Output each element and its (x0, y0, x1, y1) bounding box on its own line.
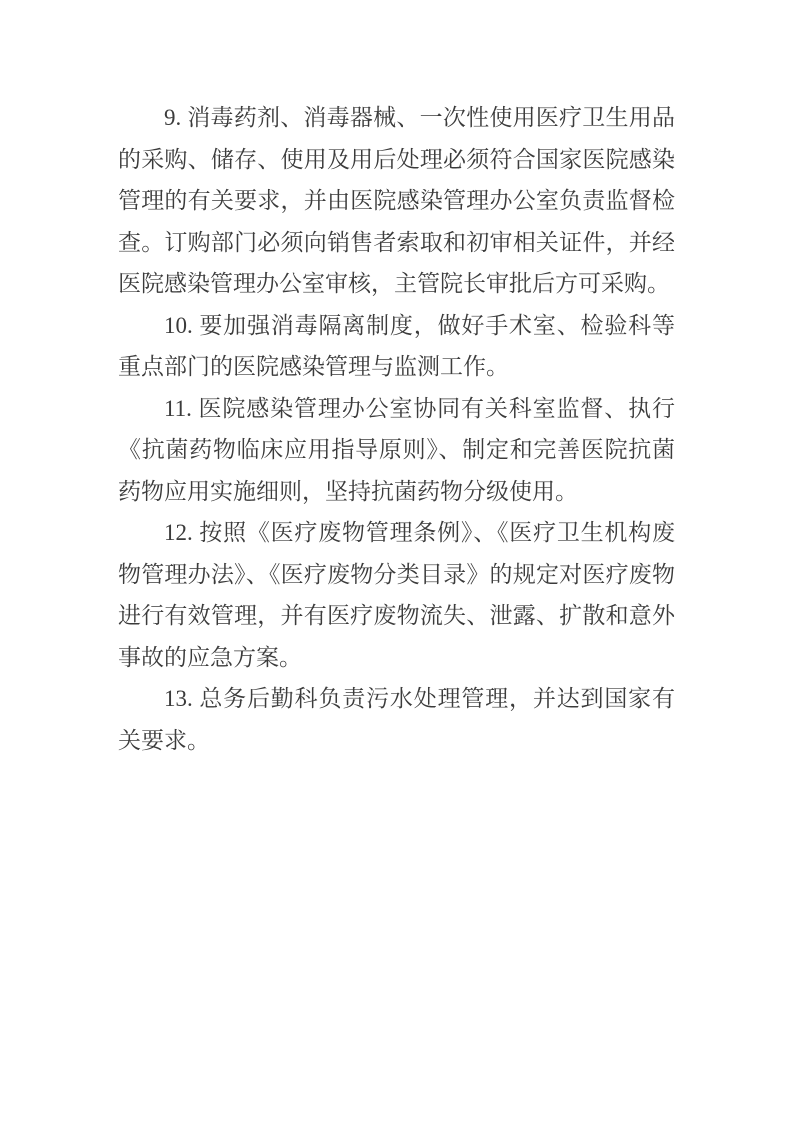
paragraph-11: 11. 医院感染管理办公室协同有关科室监督、执行《抗菌药物临床应用指导原则》、制… (118, 388, 675, 513)
paragraph-12: 12. 按照《医疗废物管理条例》、《医疗卫生机构废物管理办法》、《医疗废物分类目… (118, 512, 675, 678)
paragraph-13: 13. 总务后勤科负责污水处理管理，并达到国家有关要求。 (118, 678, 675, 761)
paragraph-9: 9. 消毒药剂、消毒器械、一次性使用医疗卫生用品的采购、储存、使用及用后处理必须… (118, 97, 675, 305)
document-text-block: 9. 消毒药剂、消毒器械、一次性使用医疗卫生用品的采购、储存、使用及用后处理必须… (118, 97, 675, 761)
paragraph-10: 10. 要加强消毒隔离制度，做好手术室、检验科等重点部门的医院感染管理与监测工作… (118, 305, 675, 388)
document-page: 9. 消毒药剂、消毒器械、一次性使用医疗卫生用品的采购、储存、使用及用后处理必须… (0, 0, 793, 1122)
